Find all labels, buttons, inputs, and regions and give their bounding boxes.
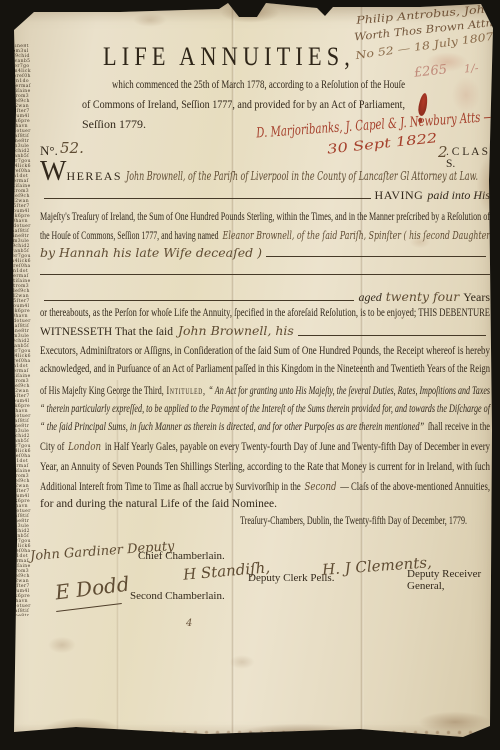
city-of-phrase: City of [40,441,64,453]
blank-rule-full [40,274,490,275]
body-line-13-print: in Half Yearly Gales, payable on every T… [105,441,490,453]
counterfoil-microtext-strip: ſaine8trom3uleſ9chid2wanb5ſter7goum4lick… [10,44,31,616]
title-word-annuities: ANNUITIES, [179,42,355,71]
serial-number-value: 52. [60,139,84,157]
body-line-12: “ the ſaid Principal Sums, in ſuch Manne… [40,420,490,434]
signature-title-receiver-general: Deputy Receiver General, [407,568,500,592]
scanned-document-stage: ſaine8trom3uleſ9chid2wanb5ſter7goum4lick… [0,0,500,750]
treasury-dateline: Treaſury-Chambers, Dublin, the Twenty-fi… [240,515,500,527]
signature-flourish [56,603,122,612]
having-phrase: paid into His [427,188,490,202]
body-line-15-print-2: — Claſs of the above-mentioned Annuities… [340,481,490,493]
body-line-13-text: City ofLondonin Half Yearly Gales, payab… [40,439,490,454]
subtitle-line-1: which commenced the 25th of March 1778, … [112,77,500,92]
annotation-red-date: 30 Sept 1822 [326,133,415,157]
body-line-16: for and during the natural Life of the ſ… [40,497,490,511]
bottom-foxing-band [25,729,475,742]
signature-second-chamberlain: E Dodd [54,572,131,605]
subtitle-line-1-text: which commenced the 25th of March 1778, … [112,77,405,92]
body-line-2-text: the Houſe of Commons, Seſſion 1777, and … [40,228,490,243]
stray-pen-mark: 4 [186,618,192,629]
body-line-12-print: ſhall receive in the [428,421,490,433]
act-title-line-1: “ An Act for granting unto His Majeſty, … [208,385,490,397]
subtitle-line-2-text: of Commons of Ireland, Seſſion 1777, and… [82,97,405,112]
having-line: HAVING paid into His [40,188,490,202]
signature-title-second-chamberlain: Second Chamberlain. [130,590,225,602]
nominee-entry-continued: by Hannah his late Wife deceaſed ) [40,246,262,260]
body-line-3: by Hannah his late Wife deceaſed ) [40,246,490,260]
body-line-13: City ofLondonin Half Yearly Gales, payab… [40,439,490,454]
body-line-10: of His Majeſty King George the Third,Int… [40,384,490,398]
document-title: LIFEANNUITIES, [103,42,397,72]
body-line-2-print: the Houſe of Commons, Seſſion 1777, and … [40,230,219,242]
document-title-text: LIFEANNUITIES, [103,42,355,72]
body-line-10-print: of His Majeſty King George the Third, [40,385,164,397]
body-line-14-text: Year, an Annuity of Seven Pounds Ten Shi… [40,460,490,474]
body-line-2: the Houſe of Commons, Seſſion 1777, and … [40,228,490,243]
body-line-1: Majeſty's Treaſury of Ireland, the Sum o… [40,210,490,224]
body-line-14: Year, an Annuity of Seven Pounds Ten Shi… [40,460,490,474]
aged-word: aged [358,290,381,304]
whereas-word: HEREAS [66,169,122,183]
debenture-paper: ſaine8trom3uleſ9chid2wanb5ſter7goum4lick… [0,0,500,750]
body-line-9: acknowledged, and in Purſuance of an Act… [40,362,490,376]
annuitant-name-entry: John Brownell, of the Pariſh of Liverpoo… [126,169,478,183]
body-line-15: Additional Intereſt from Time to Time as… [40,479,490,494]
title-word-life: LIFE [103,42,171,71]
having-word: HAVING [375,188,424,202]
witnesseth-phrase: WITNESSETH That the ſaid [40,325,173,339]
blank-rule [44,198,371,199]
body-line-6: or thereabouts, as the Perſon for whoſe … [40,306,490,320]
aged-line: aged twenty four Years [40,290,490,304]
class-entry: Second [304,479,336,493]
body-line-1-text: Majeſty's Treaſury of Ireland, the Sum o… [40,210,490,224]
body-line-6-text: or thereabouts, as the Perſon for whoſe … [40,306,490,320]
body-line-16-text: for and during the natural Life of the ſ… [40,498,277,510]
age-entry: twenty four [386,290,459,304]
signature-title-chief-chamberlain: Chief Chamberlain. [138,550,225,562]
city-entry: London [68,439,101,453]
body-line-8: Executors, Adminiſtrators or Aſſigns, in… [40,344,490,358]
fold-crease-left [116,380,120,742]
body-line-15-print-1: Additional Intereſt from Time to Time as… [40,481,301,493]
nominee-name-entry: Eleanor Brownell, of the ſaid Pariſh, Sp… [223,228,490,242]
fill-rule-2 [44,300,354,301]
years-word: Years [463,290,490,304]
body-line-11: “ therein particularly expreſſed, to be … [40,402,490,416]
intituled-word: Intituled, [166,385,205,397]
body-line-15-text: Additional Intereſt from Time to Time as… [40,479,490,494]
annotation-fraction: 1/- [464,62,479,76]
act-title-line-2: “ therein particularly expreſſed, to be … [40,402,490,416]
fill-rule-1 [266,256,486,257]
whereas-line: W HEREAS John Brownell, of the Pariſh of… [40,163,490,183]
subtitle-line-2: of Commons of Ireland, Seſſion 1777, and… [82,97,467,112]
act-title-line-3: “ the ſaid Principal Sums, in ſuch Manne… [40,421,424,433]
body-line-9-text: acknowledged, and in Purſuance of an Act… [40,362,490,376]
body-line-12-text: “ the ſaid Principal Sums, in ſuch Manne… [40,420,490,434]
fill-rule-3 [298,335,486,336]
body-line-10-text: of His Majeſty King George the Third,Int… [40,384,490,398]
whereas-drop-initial: W [40,163,66,181]
body-line-8-text: Executors, Adminiſtrators or Aſſigns, in… [40,344,490,358]
subtitle-line-3: Seſſion 1779. [82,117,146,132]
body-line-7: WITNESSETH That the ſaid John Brownell, … [40,324,490,339]
purchaser-entry: John Brownell, his [178,324,294,338]
treasury-dateline-text: Treaſury-Chambers, Dublin, the Twenty-fi… [240,515,467,527]
